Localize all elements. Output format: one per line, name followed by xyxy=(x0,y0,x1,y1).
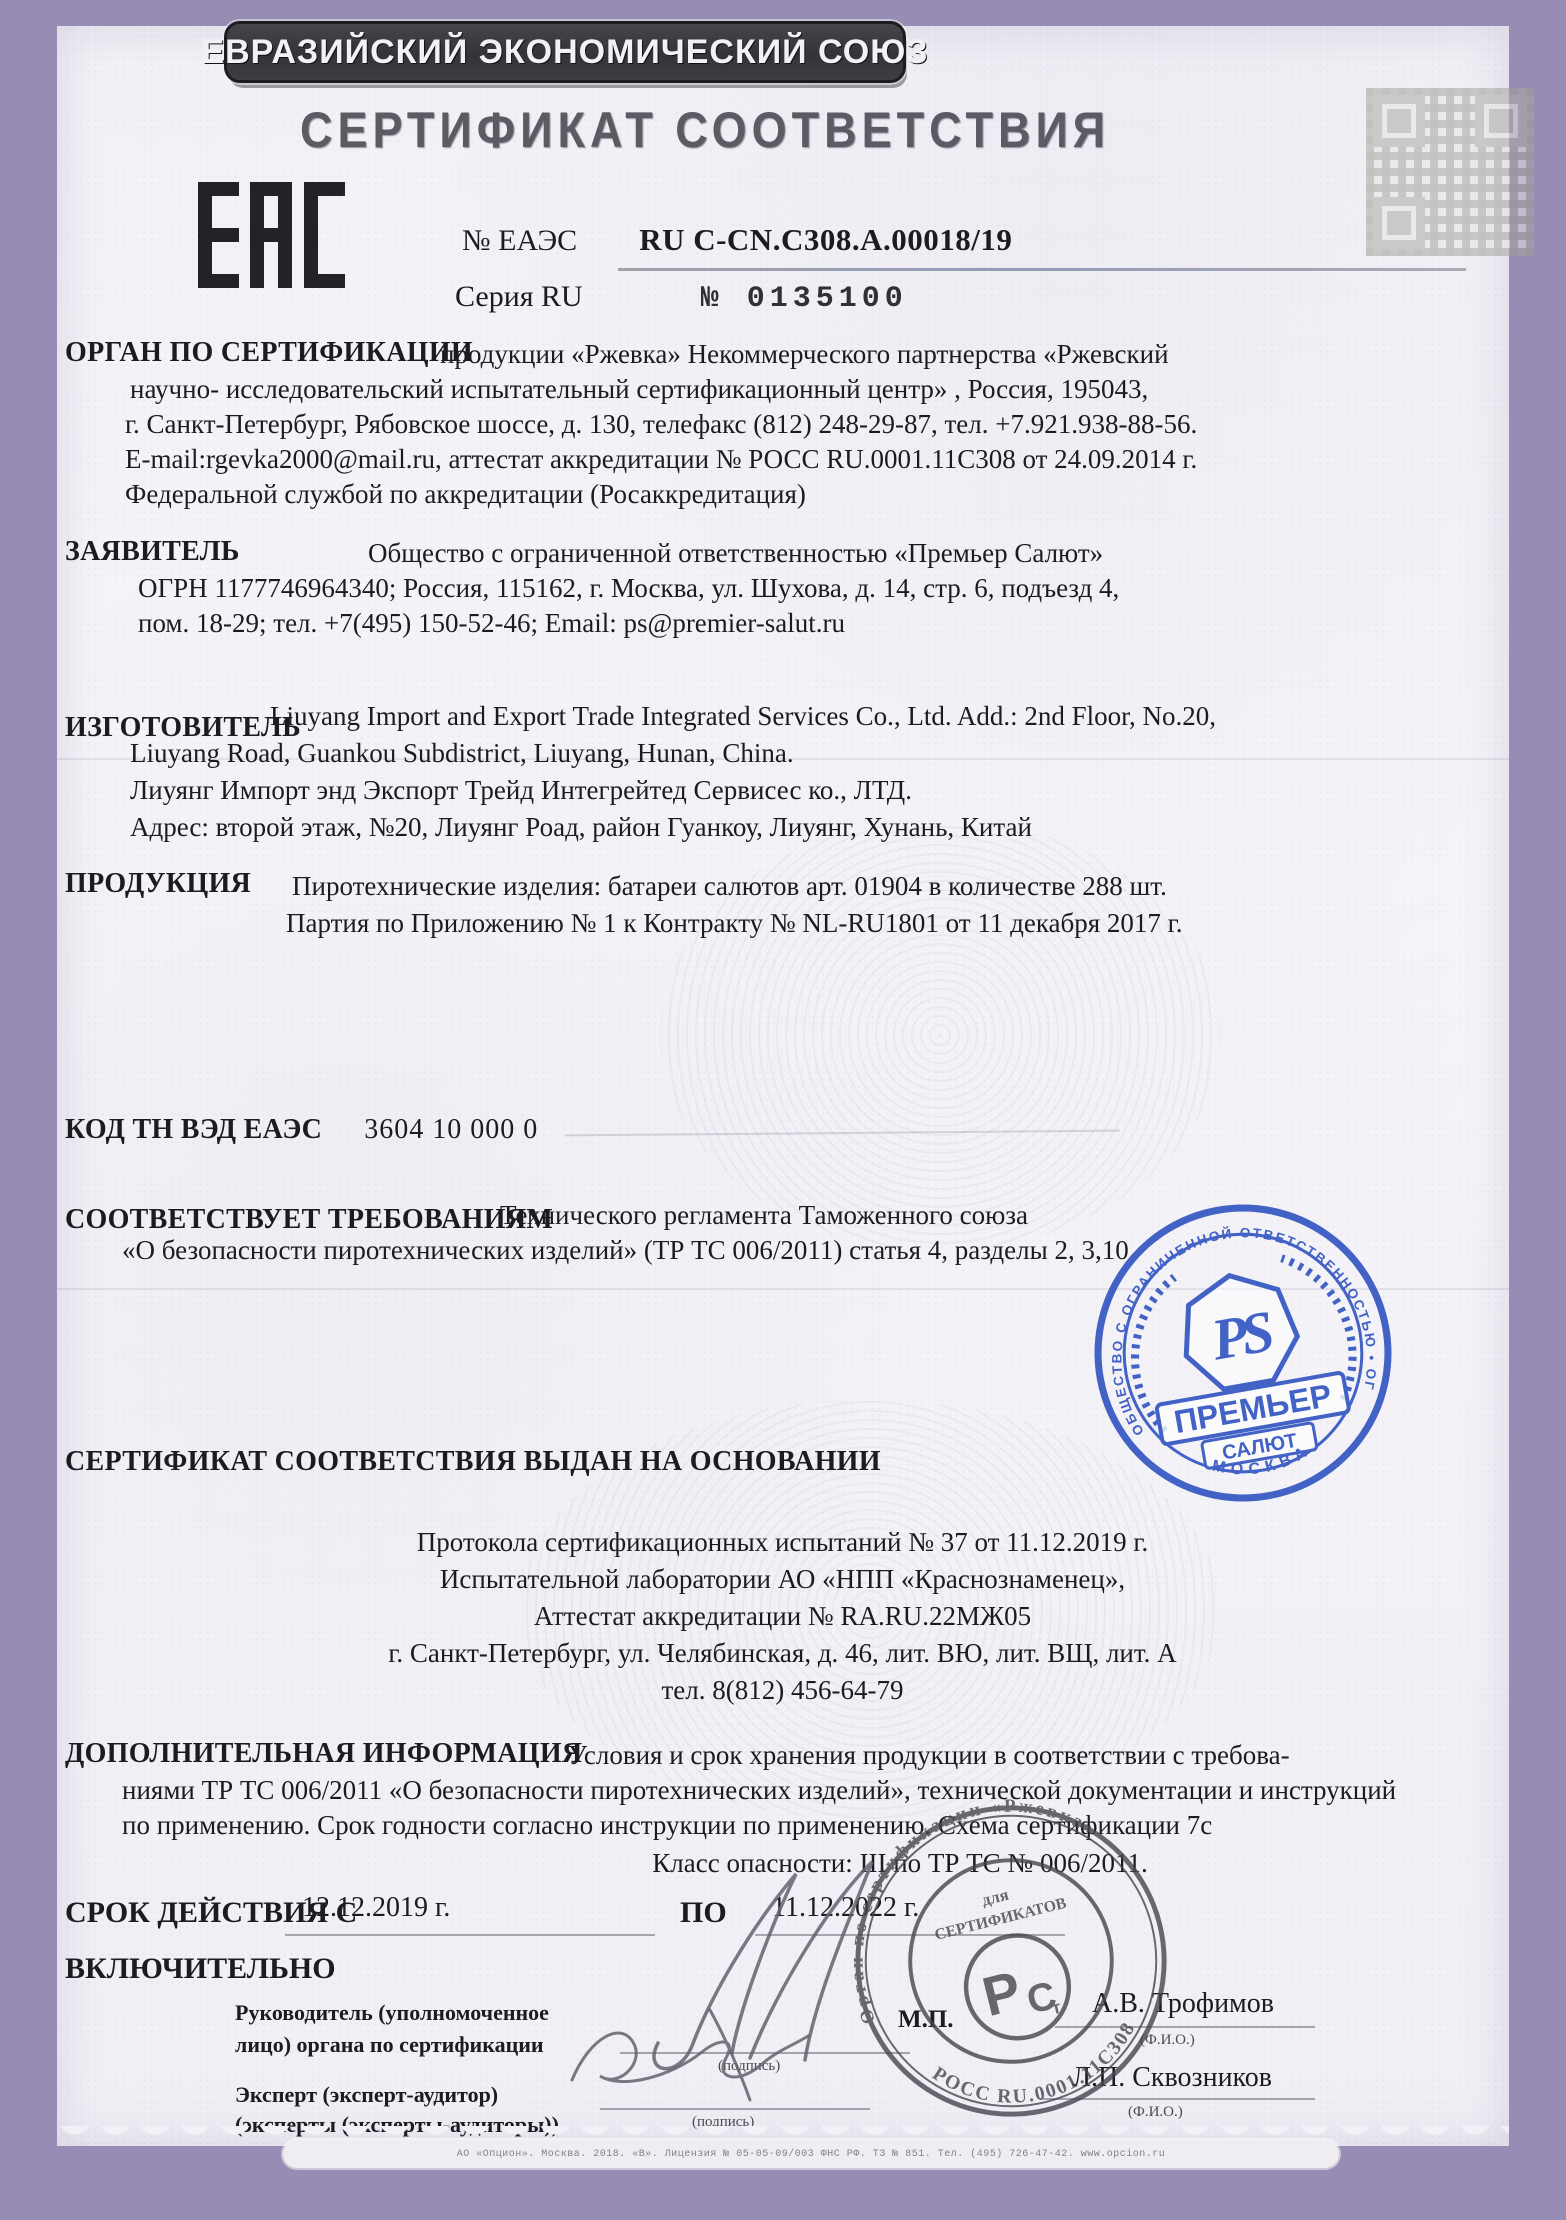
series-number: № 0135100 xyxy=(701,282,908,316)
printer-fine-print: АО «Опцион». Москва. 2018. «В». Лицензия… xyxy=(283,2140,1339,2168)
section-production: ПРОДУКЦИЯ Пиротехнические изделия: батар… xyxy=(0,868,1506,942)
head-role-line1: Руководитель (уполномоченное xyxy=(235,2000,549,2026)
body-text-line: по применению. Срок годности согласно ин… xyxy=(0,1808,1506,1843)
body-text-line: Протокола сертификационных испытаний № 3… xyxy=(250,1524,1315,1561)
body-text-line: пом. 18-29; тел. +7(495) 150-52-46; Emai… xyxy=(0,606,1506,641)
certificate-number-row: № ЕАЭСRU C-CN.C308.A.00018/19 xyxy=(462,222,1012,258)
section-label: ДОПОЛНИТЕЛЬНАЯ ИНФОРМАЦИЯ xyxy=(65,1738,582,1770)
qr-finder-icon xyxy=(1373,95,1425,147)
section-label: ПРОДУКЦИЯ xyxy=(65,868,251,900)
body-text-line: тел. 8(812) 456-64-79 xyxy=(250,1672,1315,1709)
qr-finder-icon xyxy=(1373,197,1425,249)
body-text-line: Адрес: второй этаж, №20, Лиуянг Роад, ра… xyxy=(0,809,1506,846)
expert-role-line1: Эксперт (эксперт-аудитор) xyxy=(235,2082,498,2108)
certificate-page: { "header": { "union_banner": "ЕВРАЗИЙСК… xyxy=(0,0,1566,2220)
union-banner-text: ЕВРАЗИЙСКИЙ ЭКОНОМИЧЕСКИЙ СОЮЗ xyxy=(201,33,928,72)
fine-print-text: АО «Опцион». Москва. 2018. «В». Лицензия… xyxy=(457,2149,1166,2160)
premier-salut-stamp: ОБЩЕСТВО С ОГРАНИЧЕННОЙ ОТВЕТСТВЕННОСТЬЮ… xyxy=(1068,1178,1418,1528)
body-text-line: Лиуянг Импорт энд Экспорт Трейд Интегрей… xyxy=(0,772,1506,809)
body-text-line: E-mail:rgevka2000@mail.ru, аттестат аккр… xyxy=(0,442,1506,477)
section-certification-body: ОРГАН ПО СЕРТИФИКАЦИИ продукции «Ржевка»… xyxy=(0,337,1506,512)
body-text-line: ниями ТР ТС 006/2011 «О безопасности пир… xyxy=(0,1773,1506,1808)
body-text-line: ОГРН 1177746964340; Россия, 115162, г. М… xyxy=(0,571,1506,606)
expert-signature-scribble xyxy=(560,1992,820,2112)
series-label: Серия RU xyxy=(455,280,583,313)
section-label: КОД ТН ВЭД ЕАЭС xyxy=(65,1114,322,1145)
body-text-line: Федеральной службой по аккредитации (Рос… xyxy=(0,477,1506,512)
tnved-value: 3604 10 000 0 xyxy=(364,1114,538,1145)
section-tnved-code: КОД ТН ВЭД ЕАЭС3604 10 000 0 xyxy=(0,1112,1506,1147)
rst-logo-p: Р xyxy=(976,1959,1027,2028)
qr-code xyxy=(1366,88,1534,256)
head-role-line2: лицо) органа по сертификации xyxy=(235,2032,544,2058)
qr-finder-icon xyxy=(1475,95,1527,147)
certificate-number-label: № ЕАЭС xyxy=(462,224,577,257)
section-label: ЗАЯВИТЕЛЬ xyxy=(65,536,240,568)
section-applicant: ЗАЯВИТЕЛЬ Общество с ограниченной ответс… xyxy=(0,536,1506,641)
document-title: СЕРТИФИКАТ СООТВЕТСТВИЯ xyxy=(300,101,1045,159)
body-text-line: Партия по Приложению № 1 к Контракту № N… xyxy=(0,905,1506,942)
validity-from-value: 12.12.2019 г. xyxy=(302,1892,450,1924)
section-additional-info: ДОПОЛНИТЕЛЬНАЯ ИНФОРМАЦИЯ Условия и срок… xyxy=(0,1738,1506,1843)
body-text-line: научно- исследовательский испытательный … xyxy=(0,372,1506,407)
section-label: СООТВЕТСТВУЕТ ТРЕБОВАНИЯМ xyxy=(65,1204,553,1236)
body-text-line: Аттестат аккредитации № RA.RU.22МЖ05 xyxy=(250,1598,1315,1635)
body-text-line: г. Санкт-Петербург, ул. Челябинская, д. … xyxy=(250,1635,1315,1672)
section-label: ОРГАН ПО СЕРТИФИКАЦИИ xyxy=(65,337,473,369)
section-manufacturer: ИЗГОТОВИТЕЛЬ Liuyang Import and Export T… xyxy=(0,698,1506,846)
body-text-line: г. Санкт-Петербург, Рябовское шоссе, д. … xyxy=(0,407,1506,442)
series-row: Серия RU№ 0135100 xyxy=(455,280,908,316)
eac-mark-icon xyxy=(198,182,348,288)
dark-stamp-inner1: для xyxy=(980,1885,1011,1910)
certificate-number-underline xyxy=(618,268,1466,271)
certificate-number-value: RU C-CN.C308.A.00018/19 xyxy=(639,222,1012,257)
section-label: ИЗГОТОВИТЕЛЬ xyxy=(65,712,301,744)
basis-lines: Протокола сертификационных испытаний № 3… xyxy=(250,1524,1315,1709)
validity-inclusive-label: ВКЛЮЧИТЕЛЬНО xyxy=(65,1952,336,1986)
section-label: СЕРТИФИКАТ СООТВЕТСТВИЯ ВЫДАН НА ОСНОВАН… xyxy=(65,1446,881,1477)
body-text-line: Испытательной лаборатории АО «НПП «Красн… xyxy=(250,1561,1315,1598)
union-banner: ЕВРАЗИЙСКИЙ ЭКОНОМИЧЕСКИЙ СОЮЗ xyxy=(224,21,906,83)
name-caption: (Ф.И.О.) xyxy=(1128,2104,1183,2121)
